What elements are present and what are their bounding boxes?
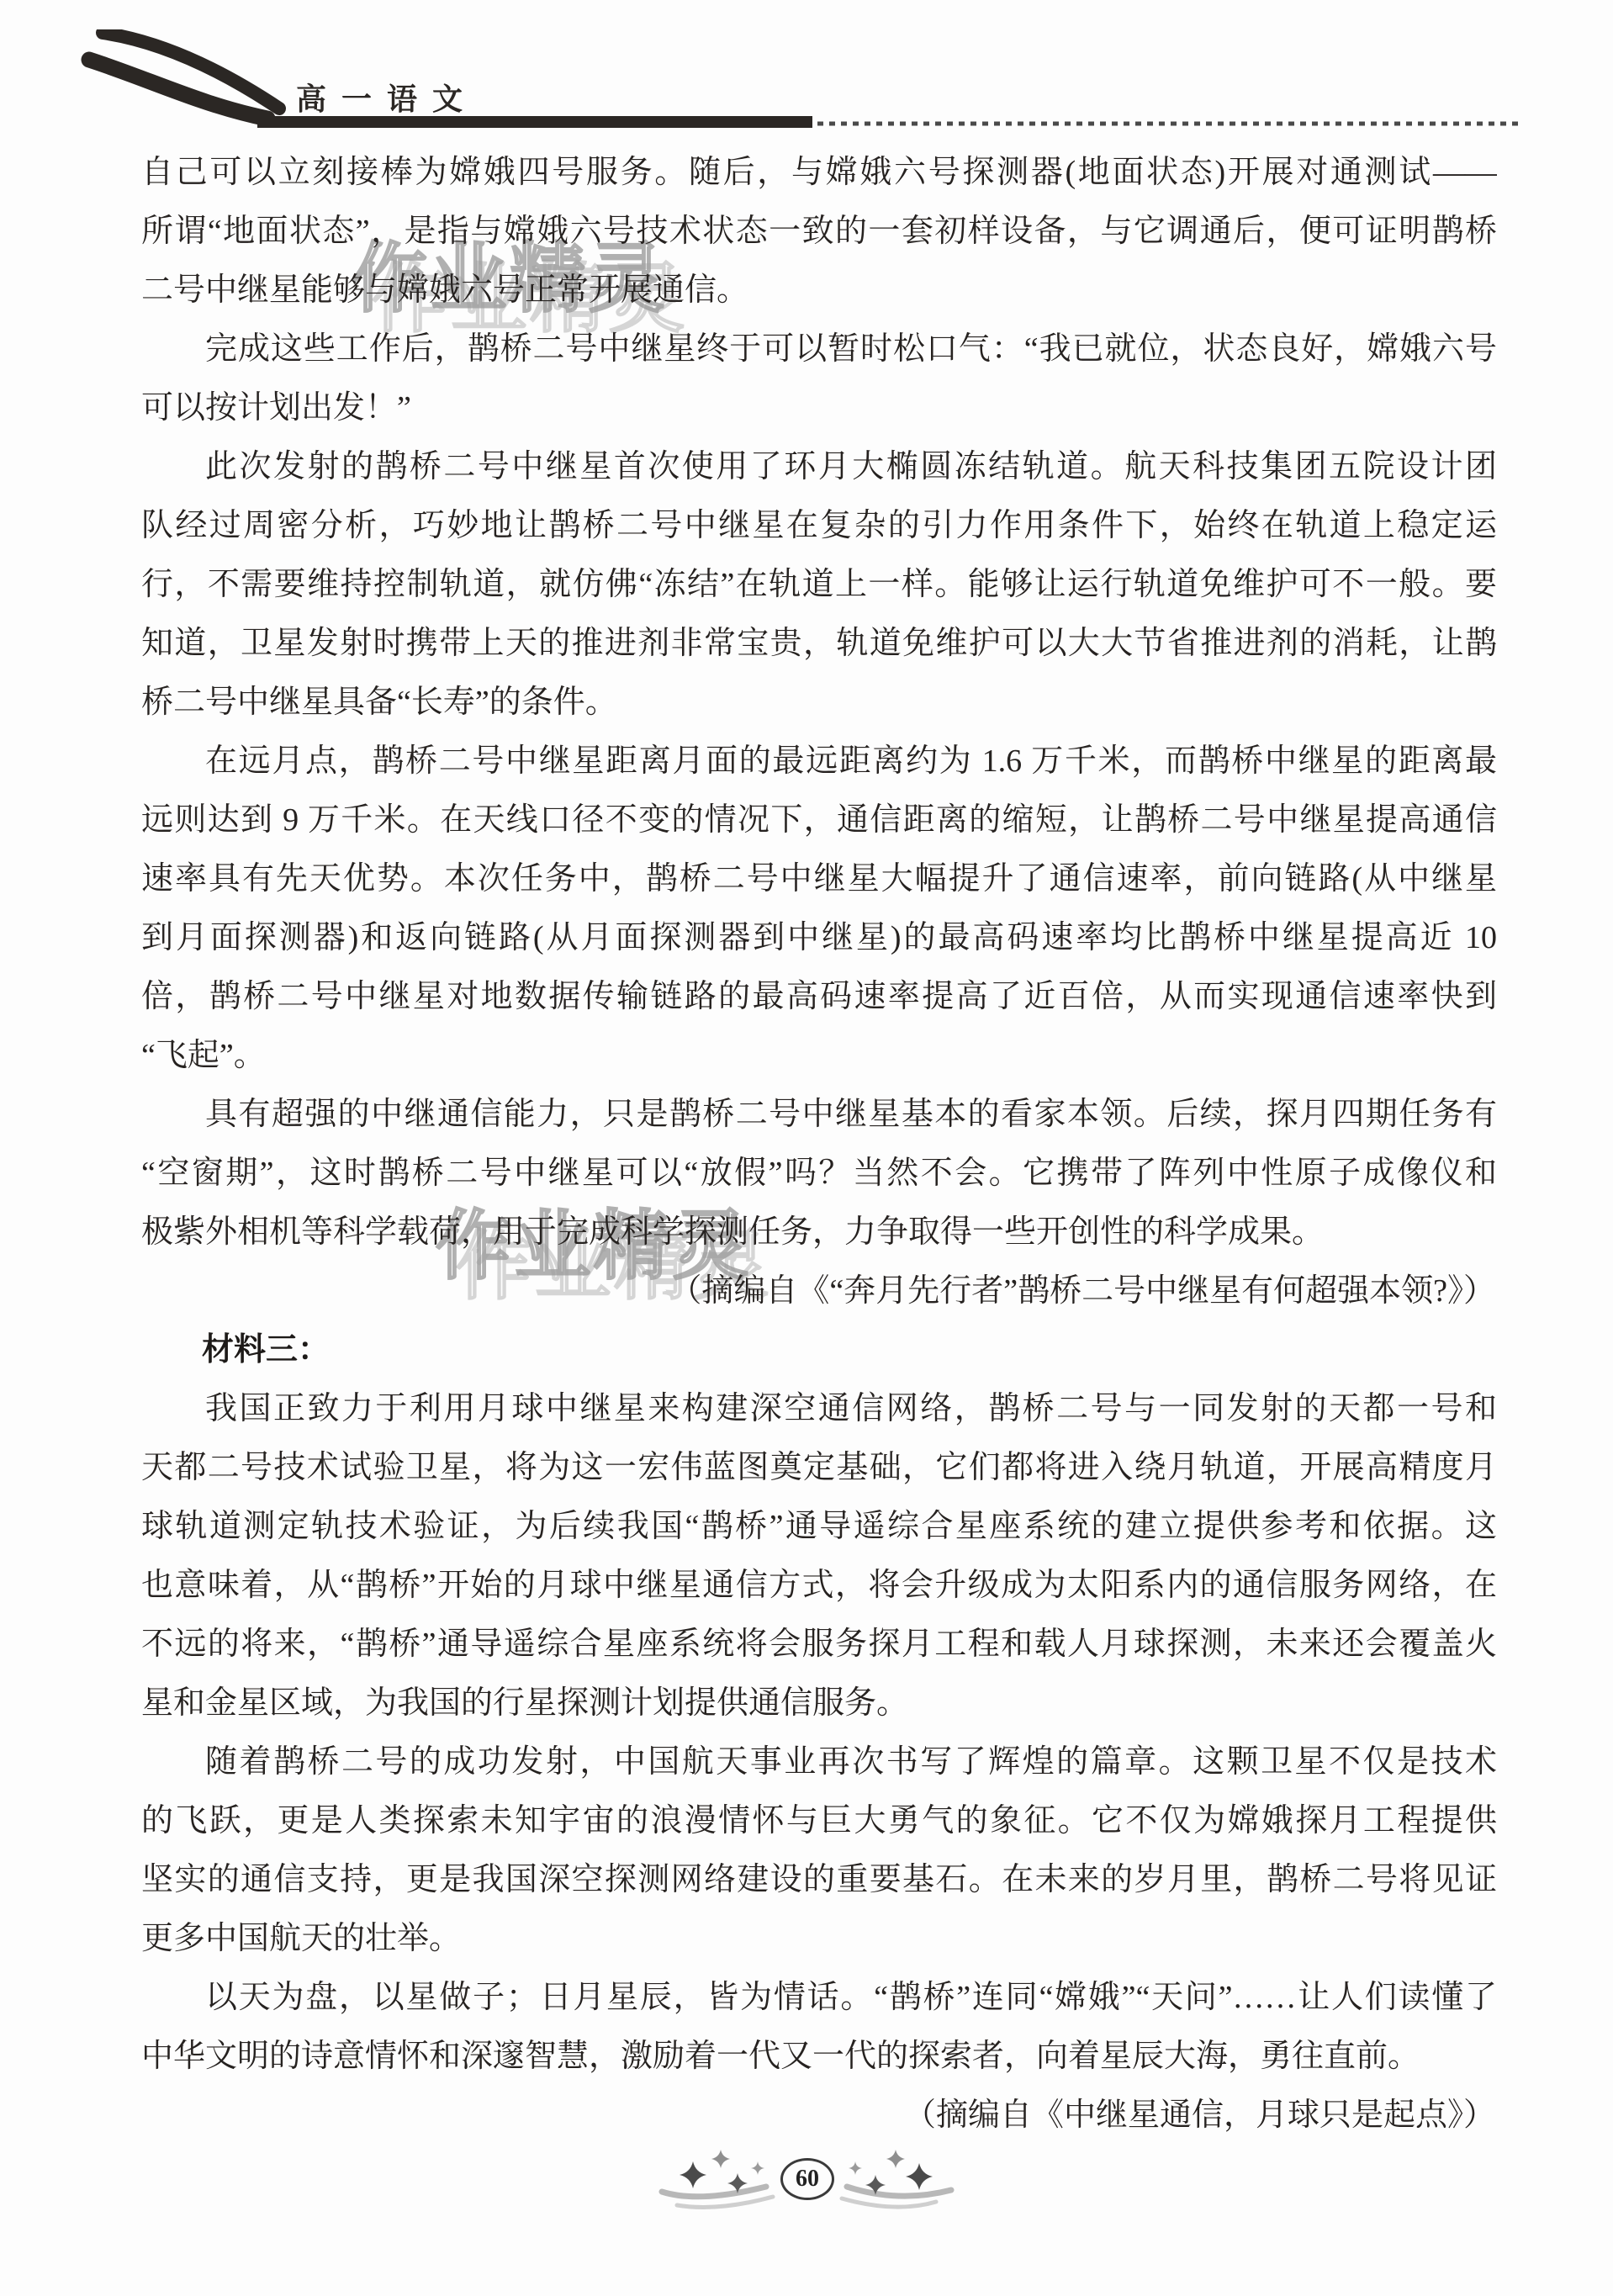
text-line: 在远月点，鹊桥二号中继星距离月面的最远距离约为 1.6 万千米，而鹊桥中继星的距… [141,732,1497,791]
textbook-page: 高一语文 作业精灵 作业精灵 作业精灵 作业精灵 自己可以立刻接棒为嫦娥四号服务… [0,0,1613,2296]
text-line: 自己可以立刻接棒为嫦娥四号服务。随后，与嫦娥六号探测器(地面状态)开展对通测试—… [141,143,1497,202]
text-line: 我国正致力于利用月球中继星来构建深空通信网络，鹊桥二号与一同发射的天都一号和 [141,1379,1497,1438]
citation-line: （摘编自《中继星通信，月球只是起点》） [141,2086,1497,2145]
text-line: 倍，鹊桥二号中继星对地数据传输链路的最高码速率提高了近百倍，从而实现通信速率快到 [141,967,1497,1026]
text-line: 到月面探测器)和返向链路(从月面探测器到中继星)的最高码速率均比鹊桥中继星提高近… [141,908,1497,967]
text-line: 随着鹊桥二号的成功发射，中国航天事业再次书写了辉煌的篇章。这颗卫星不仅是技术 [141,1733,1497,1791]
citation-line: （摘编自《“奔月先行者”鹊桥二号中继星有何超强本领?》） [141,1262,1497,1320]
text-line: 所谓“地面状态”，是指与嫦娥六号技术状态一致的一套初样设备，与它调通后，便可证明… [141,202,1497,261]
text-line: 远则达到 9 万千米。在天线口径不变的情况下，通信距离的缩短，让鹊桥二号中继星提… [141,791,1497,849]
page-number: 60 [796,2166,819,2192]
text-line: 知道，卫星发射时携带上天的推进剂非常宝贵，轨道免维护可以大大节省推进剂的消耗，让… [141,614,1497,673]
text-line: 桥二号中继星具备“长寿”的条件。 [141,673,1497,732]
text-line: “空窗期”，这时鹊桥二号中继星可以“放假”吗？当然不会。它携带了阵列中性原子成像… [141,1144,1497,1203]
section-heading: 材料三： [141,1320,1497,1379]
text-line: 以天为盘，以星做子；日月星辰，皆为情话。“鹊桥”连同“嫦娥”“天问”……让人们读… [141,1968,1497,2027]
text-line: 天都二号技术试验卫星，将为这一宏伟蓝图奠定基础，它们都将进入绕月轨道，开展高精度… [141,1438,1497,1497]
text-line: 的飞跃，更是人类探索未知宇宙的浪漫情怀与巨大勇气的象征。它不仅为嫦娥探月工程提供 [141,1791,1497,1850]
text-line: 极紫外相机等科学载荷，用于完成科学探测任务，力争取得一些开创性的科学成果。 [141,1203,1497,1262]
header-swoosh-decoration [67,29,1531,143]
text-line: 具有超强的中继通信能力，只是鹊桥二号中继星基本的看家本领。后续，探月四期任务有 [141,1085,1497,1144]
text-line: 坚实的通信支持，更是我国深空探测网络建设的重要基石。在未来的岁月里，鹊桥二号将见… [141,1850,1497,1909]
text-line: 可以按计划出发！” [141,378,1497,437]
text-line: 二号中继星能够与嫦娥六号正常开展通信。 [141,261,1497,320]
text-line: 球轨道测定轨技术验证，为后续我国“鹊桥”通导遥综合星座系统的建立提供参考和依据。… [141,1497,1497,1556]
text-line: 也意味着，从“鹊桥”开始的月球中继星通信方式，将会升级成为太阳系内的通信服务网络… [141,1556,1497,1615]
text-line: 不远的将来，“鹊桥”通导遥综合星座系统将会服务探月工程和载人月球探测，未来还会覆… [141,1615,1497,1674]
content-area: 自己可以立刻接棒为嫦娥四号服务。随后，与嫦娥六号探测器(地面状态)开展对通测试—… [141,143,1497,2145]
text-line: 速率具有先天优势。本次任务中，鹊桥二号中继星大幅提升了通信速率，前向链路(从中继… [141,849,1497,908]
text-line: 完成这些工作后，鹊桥二号中继星终于可以暂时松口气：“我已就位，状态良好，嫦娥六号 [141,320,1497,378]
page-number-badge: 60 [780,2158,834,2200]
text-line: 行，不需要维持控制轨道，就仿佛“冻结”在轨道上一样。能够让运行轨道免维护可不一般… [141,555,1497,614]
text-line: 队经过周密分析，巧妙地让鹊桥二号中继星在复杂的引力作用条件下，始终在轨道上稳定运 [141,496,1497,555]
text-line: 更多中国航天的壮举。 [141,1909,1497,1968]
page-header-title: 高一语文 [296,76,478,119]
text-line: 此次发射的鹊桥二号中继星首次使用了环月大椭圆冻结轨道。航天科技集团五院设计团 [141,437,1497,496]
text-line: “飞起”。 [141,1026,1497,1085]
text-line: 星和金星区域，为我国的行星探测计划提供通信服务。 [141,1674,1497,1733]
text-line: 中华文明的诗意情怀和深邃智慧，激励着一代又一代的探索者，向着星辰大海，勇往直前。 [141,2027,1497,2086]
